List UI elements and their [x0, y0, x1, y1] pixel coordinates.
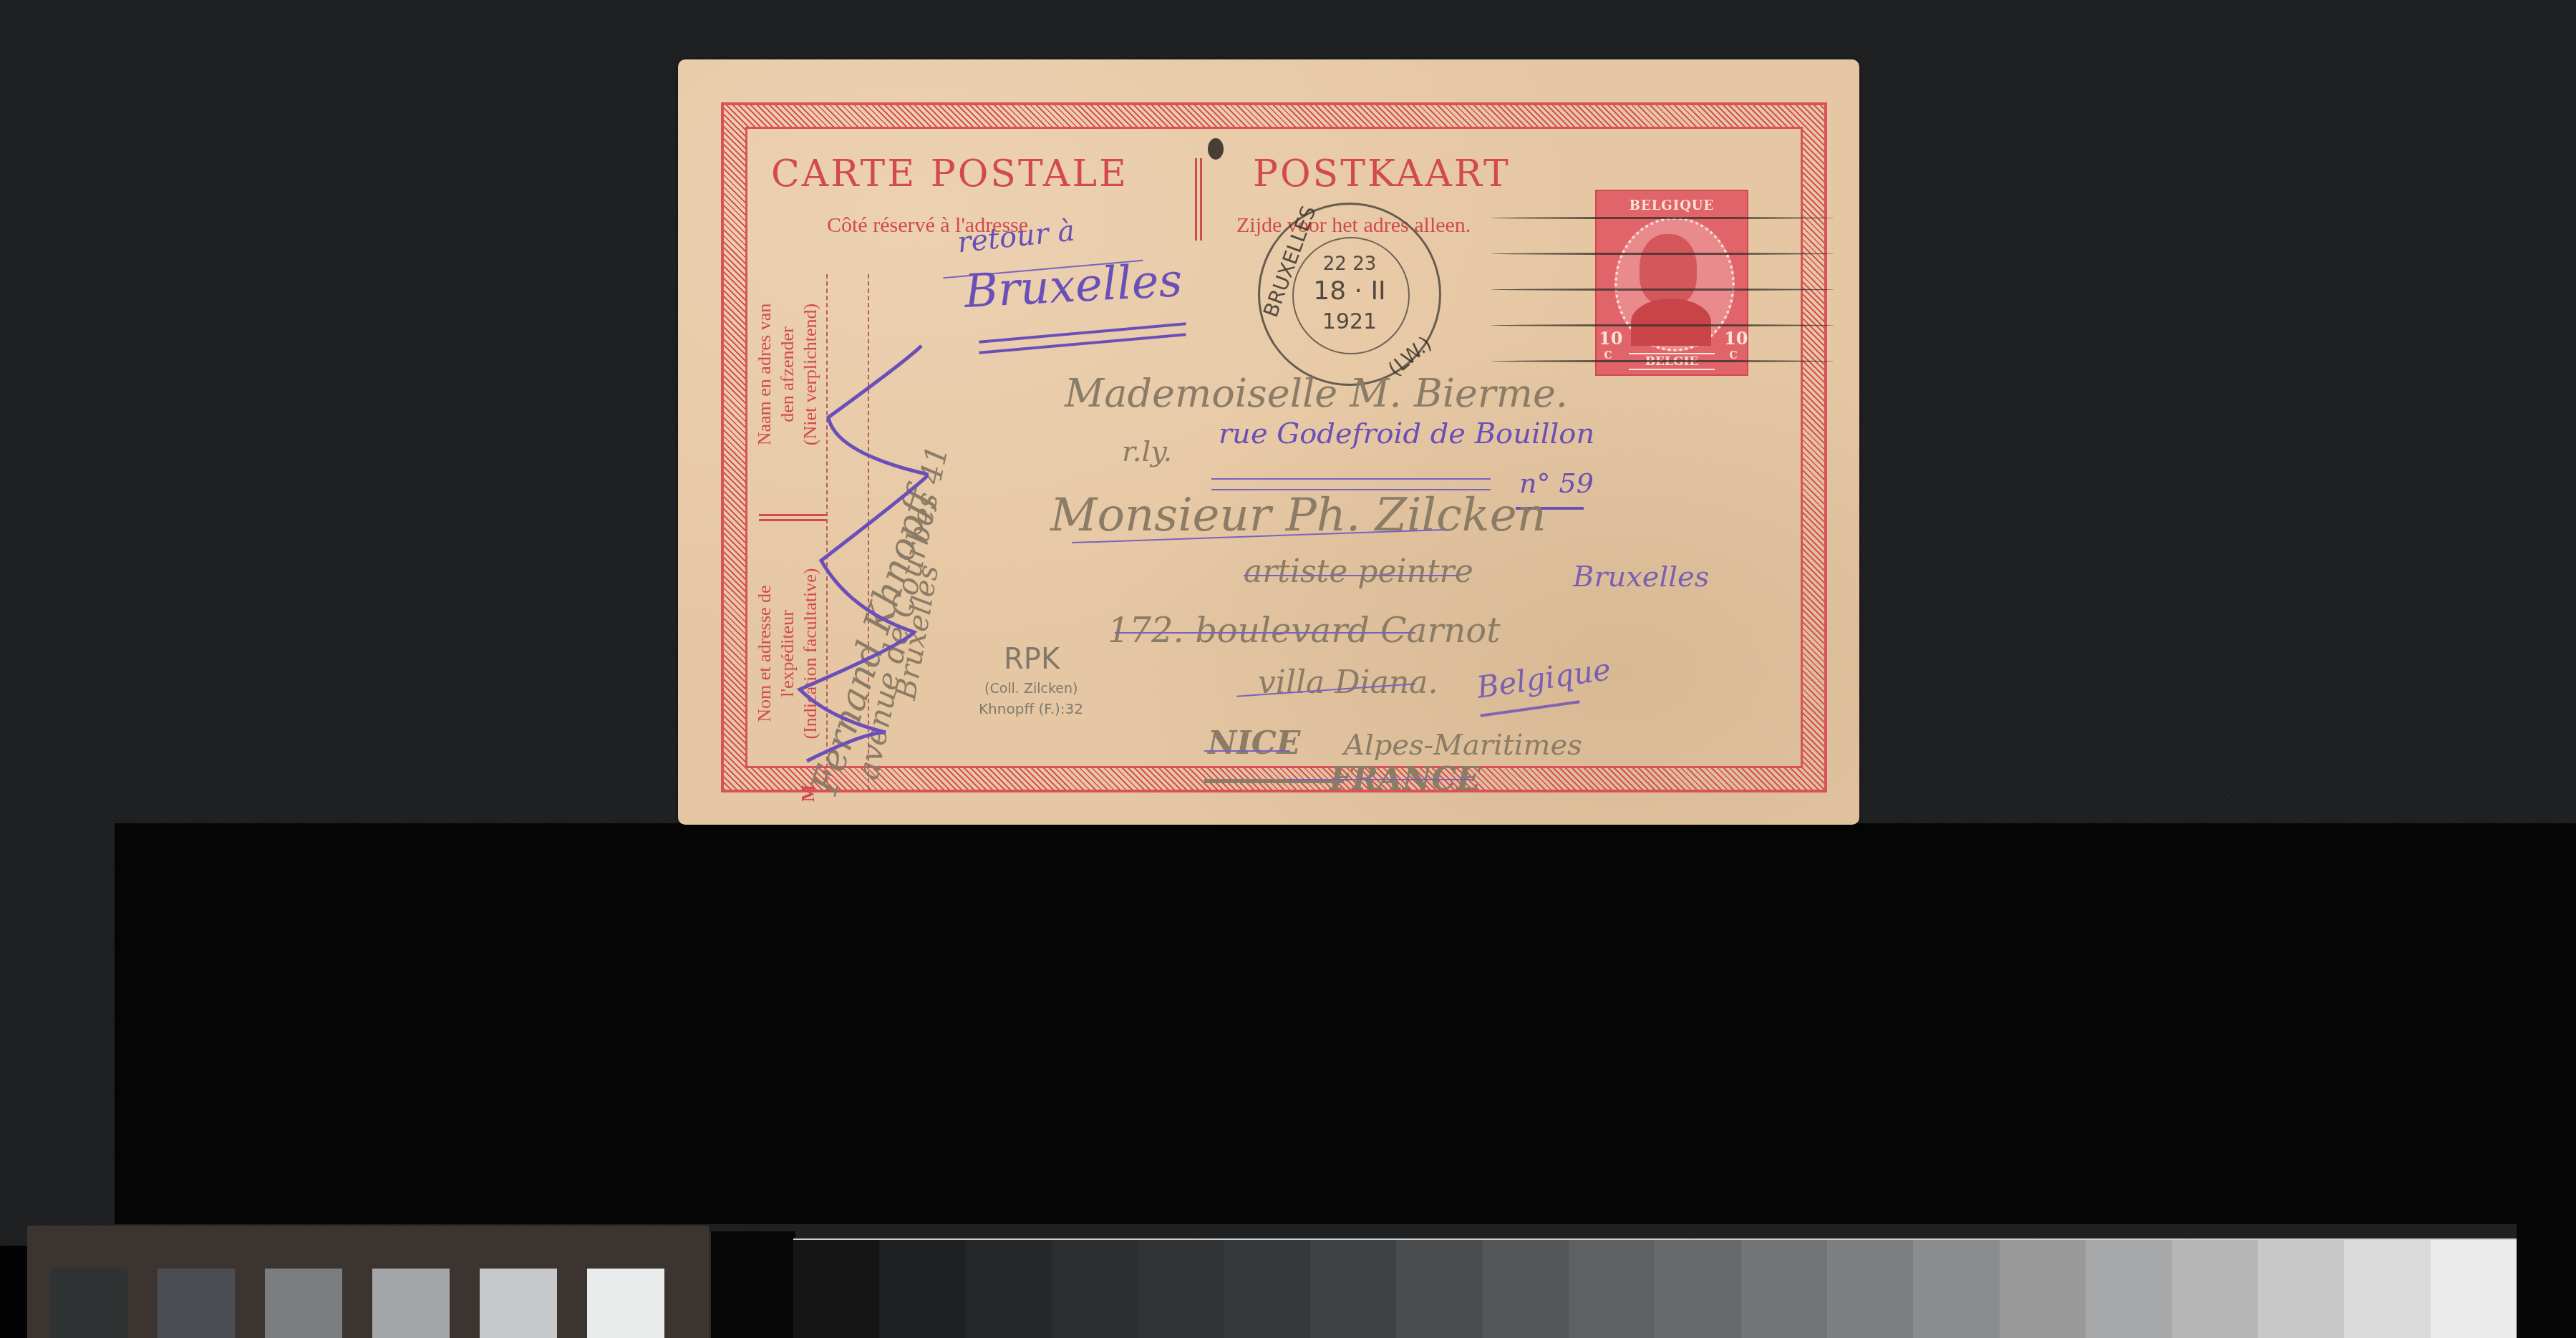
chart-edge — [0, 1246, 27, 1338]
gray-step — [793, 1240, 879, 1338]
sender-scribble-strikeout — [785, 331, 929, 797]
gray-step — [1913, 1240, 1999, 1338]
gray-patch-3 — [265, 1269, 342, 1338]
chart-gap — [709, 1231, 795, 1338]
gray-step — [2000, 1240, 2086, 1338]
gray-step — [1569, 1240, 1655, 1338]
postcard: CARTE POSTALE POSTKAART Côté réservé à l… — [678, 59, 1859, 825]
gray-step — [2431, 1240, 2517, 1338]
postmark-hours: 22 23 — [1292, 253, 1407, 275]
archive-reference: Khnopff (F.):32 — [979, 700, 1083, 717]
cancel-line-1 — [1491, 217, 1834, 219]
recipient-2-line3: 172. boulevard Carnot — [1108, 611, 1500, 651]
gray-patch-5 — [480, 1269, 557, 1338]
gray-patch-card — [27, 1226, 709, 1338]
recipient-1-street-prefix: r.ly. — [1122, 435, 1172, 468]
postmark-year: 1921 — [1292, 309, 1407, 334]
cancel-line-3 — [1491, 289, 1834, 291]
gray-step — [2172, 1240, 2258, 1338]
postmark-date: 18 · II — [1292, 276, 1407, 306]
gray-step — [1827, 1240, 1913, 1338]
archive-collection: (Coll. Zilcken) — [984, 681, 1078, 697]
gray-patch-1 — [50, 1269, 127, 1338]
recipient-2-line3-strike — [1115, 632, 1415, 634]
sender-fr-line1: Nom et adresse de — [753, 525, 776, 782]
cancel-line-2 — [1491, 253, 1834, 255]
recipient-2-line2-strike — [1244, 575, 1458, 576]
gray-step — [2344, 1240, 2430, 1338]
recipient-2-city: NICE — [1208, 725, 1300, 762]
ink-blot — [1208, 138, 1224, 160]
title-fr: CARTE POSTALE — [771, 152, 1128, 195]
gray-patch-2 — [158, 1269, 235, 1338]
cancel-line-5 — [1491, 360, 1834, 362]
gray-step — [966, 1240, 1052, 1338]
grayscale-step-wedge — [793, 1238, 2517, 1338]
title-nl: POSTKAART — [1253, 152, 1511, 195]
recipient-2-line4: villa Diana. — [1258, 664, 1438, 701]
gray-step — [1655, 1240, 1740, 1338]
gray-patch-6 — [587, 1269, 664, 1338]
recipient-2-city-strike — [1204, 750, 1290, 752]
gray-step — [1138, 1240, 1224, 1338]
recipient-2-country-strike — [1287, 779, 1473, 780]
forward-city: Bruxelles — [1573, 561, 1709, 593]
recipient-1-strike-1 — [1211, 478, 1491, 480]
gray-step — [1310, 1240, 1396, 1338]
gray-patch-4 — [372, 1269, 450, 1338]
gray-step — [879, 1240, 965, 1338]
recipient-1-street: rue Godefroid de Bouillon — [1219, 417, 1594, 450]
archive-stamp: RPK — [1004, 643, 1060, 676]
cancel-line-4 — [1491, 324, 1834, 326]
stamp-portrait-head — [1640, 234, 1697, 306]
title-divider — [1195, 158, 1202, 241]
gray-step — [1741, 1240, 1827, 1338]
postmark: 22 23 18 · II 1921 BRUXELLES (LW.) — [1258, 203, 1441, 386]
stamp-country-top: BELGIQUE — [1625, 198, 1718, 213]
gray-step — [1483, 1240, 1569, 1338]
stamp-value-right: 10C — [1724, 331, 1743, 363]
black-velvet-background — [115, 823, 2576, 1224]
stamp-value-left: 10C — [1599, 331, 1617, 363]
sender-nl-line1: Naam en adres van — [753, 253, 776, 496]
recipient-2-line2: artiste peintre — [1244, 553, 1473, 590]
gray-step — [2258, 1240, 2344, 1338]
gray-step — [1396, 1240, 1482, 1338]
gray-step — [2086, 1240, 2171, 1338]
recipient-2-dept: Alpes-Maritimes — [1344, 729, 1582, 762]
stamp-portrait-bust — [1631, 299, 1711, 346]
recipient-1-name: Mademoiselle M. Bierme. — [1065, 371, 1568, 416]
gray-step — [1224, 1240, 1310, 1338]
gray-step — [1052, 1240, 1138, 1338]
chart-edge-right — [2517, 1217, 2576, 1338]
